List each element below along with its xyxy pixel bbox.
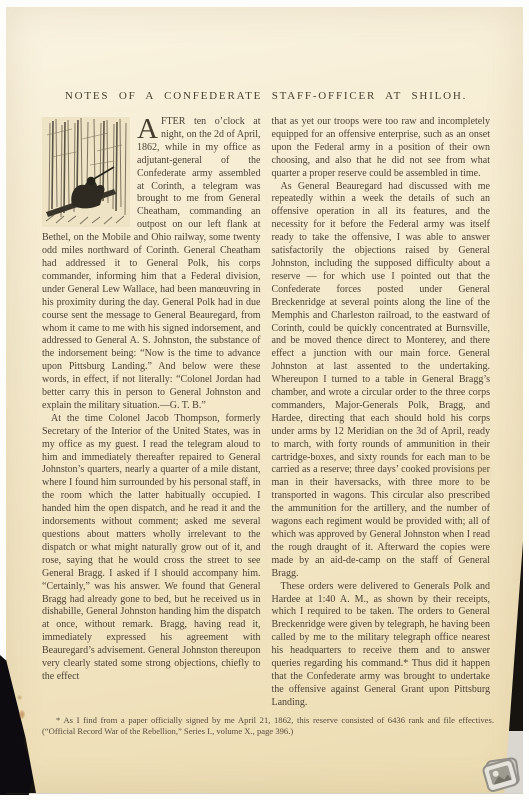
paragraph: that as yet our troops were too raw and …: [272, 116, 491, 181]
page-title: NOTES OF A CONFEDERATE STAFF-OFFICER AT …: [42, 90, 490, 102]
left-column: AFTER ten o’clock at night, on the 2d of…: [42, 116, 261, 712]
page-scan: NOTES OF A CONFEDERATE STAFF-OFFICER AT …: [6, 7, 523, 793]
page-content: NOTES OF A CONFEDERATE STAFF-OFFICER AT …: [42, 7, 490, 793]
text-columns: AFTER ten o’clock at night, on the 2d of…: [42, 116, 490, 712]
photo-bottom-edge: [6, 793, 523, 794]
paragraph: As General Beauregard had discussed with…: [272, 181, 491, 581]
photo-area: NOTES OF A CONFEDERATE STAFF-OFFICER AT …: [6, 7, 523, 793]
right-column: that as yet our troops were too raw and …: [272, 116, 491, 712]
woodcut-illustration-icon: [42, 117, 130, 227]
paragraph: At the time Colonel Jacob Thompson, form…: [42, 413, 261, 684]
scanned-page-photo: NOTES OF A CONFEDERATE STAFF-OFFICER AT …: [0, 0, 529, 800]
dropcap-letter: A: [137, 116, 161, 141]
footnote: * As I find from a paper officially sign…: [42, 715, 494, 737]
paragraph: These orders were delivered to Generals …: [272, 581, 491, 710]
